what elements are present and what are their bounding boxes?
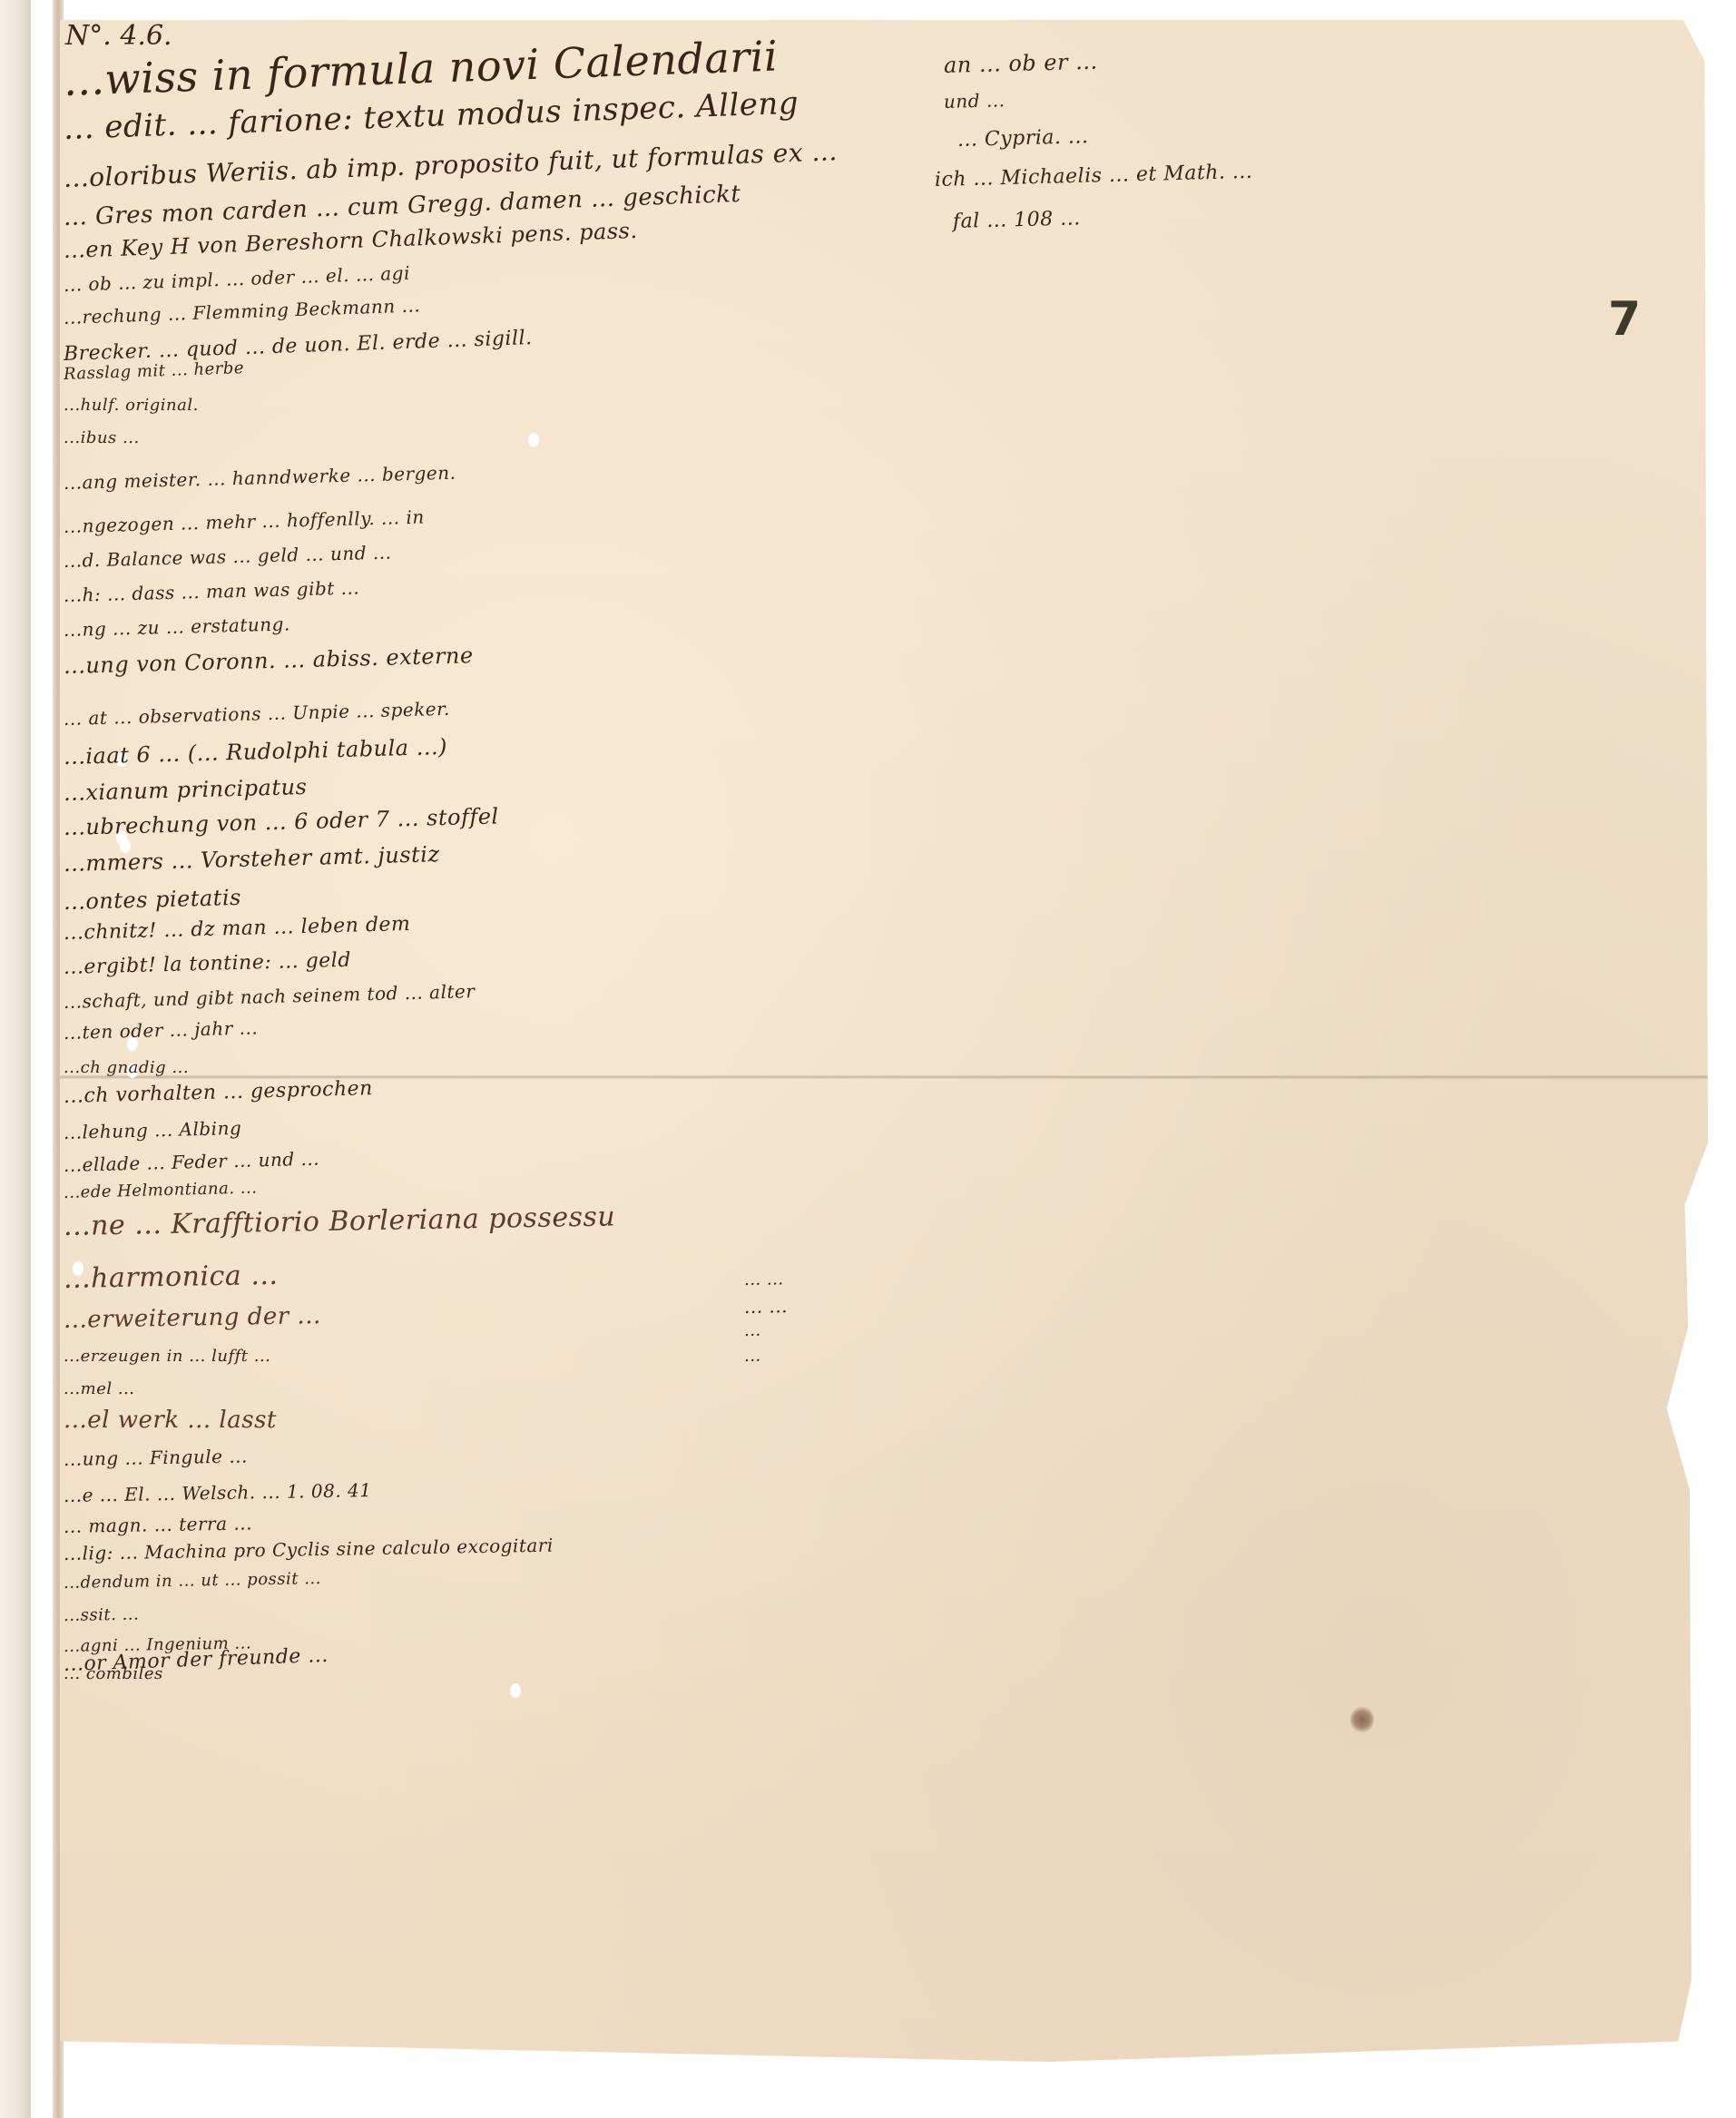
manuscript-line: ...erweiterung der ...	[64, 1302, 321, 1334]
ink-stain	[1350, 1706, 1374, 1733]
manuscript-line: ...	[744, 1321, 761, 1340]
manuscript-line: ...hulf. original.	[64, 396, 199, 415]
manuscript-line: ...ontes pietatis	[64, 885, 242, 915]
manuscript-line: ... ...	[744, 1270, 784, 1289]
manuscript-page	[60, 20, 1708, 2062]
manuscript-line: an ... ob er ...	[944, 49, 1098, 78]
manuscript-line: und ...	[944, 89, 1005, 113]
manuscript-line: ...lehung ... Albing	[64, 1117, 242, 1143]
punch-hole	[510, 1683, 521, 1698]
manuscript-line: fal ... 108 ...	[953, 207, 1081, 233]
manuscript-line: ...el werk ... lasst	[64, 1407, 277, 1434]
manuscript-line: ... ...	[744, 1295, 788, 1318]
manuscript-line: ...ch gnadig ...	[64, 1058, 189, 1077]
manuscript-line: ...ssit. ...	[64, 1605, 140, 1625]
manuscript-line: ...harmonica ...	[64, 1260, 279, 1295]
manuscript-line: ... Cypria. ...	[957, 125, 1089, 152]
folio-number: 7	[1608, 292, 1641, 347]
manuscript-line: ...mel ...	[64, 1379, 135, 1398]
manuscript-line: ...erzeugen in ... lufft ...	[64, 1347, 270, 1366]
manuscript-line: ...ung ... Fingule ...	[64, 1445, 248, 1470]
manuscript-line: ...	[744, 1347, 761, 1366]
shelf-mark: N°. 4.6.	[65, 20, 172, 52]
manuscript-line: ... magn. ... terra ...	[64, 1512, 252, 1537]
manuscript-line: ...ibus ...	[64, 428, 140, 447]
punch-hole	[528, 433, 539, 447]
binding-strip	[0, 0, 31, 2118]
